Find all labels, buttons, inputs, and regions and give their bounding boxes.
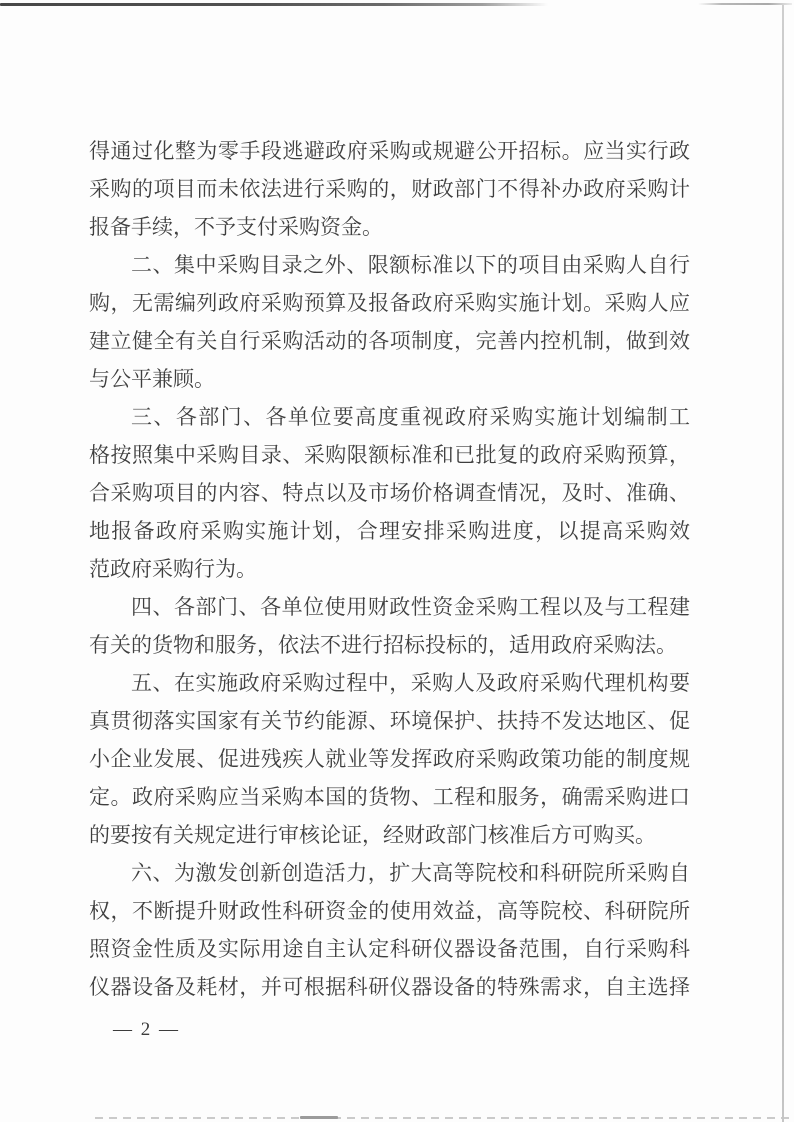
text-line: 与公平兼顾。 [89,360,690,398]
text-line: 四、各部门、各单位使用财政性资金采购工程以及与工程建设 [89,588,690,626]
document-page: 得通过化整为零手段逃避政府采购或规避公开招标。应当实行政府采购的项目而未依法进行… [0,0,794,1122]
text-line: 定。政府采购应当采购本国的货物、工程和服务，确需采购进口产品 [89,778,690,816]
text-line: 五、在实施政府采购过程中，采购人及政府采购代理机构要认 [89,664,690,702]
text-line: 报备手续，不予支付采购资金。 [89,208,690,246]
text-line: 购，无需编列政府采购预算及报备政府采购实施计划。采购人应当 [89,284,690,322]
scan-artifact-bottom-dash-dark [300,1116,338,1119]
scan-artifact-top-line-right [698,3,792,5]
text-line: 得通过化整为零手段逃避政府采购或规避公开招标。应当实行政府 [89,132,690,170]
text-line: 照资金性质及实际用途自主认定科研仪器设备范围，自行采购科研 [89,930,690,968]
text-line: 采购的项目而未依法进行采购的，财政部门不得补办政府采购计划 [89,170,690,208]
text-line: 小企业发展、促进残疾人就业等发挥政府采购政策功能的制度规 [89,740,690,778]
text-line: 建立健全有关自行采购活动的各项制度，完善内控机制，做到效率 [89,322,690,360]
page-number: — 2 — [113,1019,180,1041]
text-line: 有关的货物和服务，依法不进行招标投标的，适用政府采购法。 [89,626,690,664]
text-line: 三、各部门、各单位要高度重视政府采购实施计划编制工作，严 [89,398,690,436]
text-line: 六、为激发创新创造活力，扩大高等院校和科研院所采购自主 [89,854,690,892]
scan-artifact-right-edge-line [782,5,784,1122]
text-line: 范政府采购行为。 [89,550,690,588]
scan-artifact-top-line-left [0,3,548,6]
text-line: 的要按有关规定进行审核论证，经财政部门核准后方可购买。 [89,816,690,854]
scan-artifact-bottom-dashed-line [95,1117,794,1119]
text-line: 仪器设备及耗材，并可根据科研仪器设备的特殊需求，自主选择评 [89,968,690,1006]
text-line: 地报备政府采购实施计划，合理安排采购进度，以提高采购效率，规 [89,512,690,550]
text-line: 二、集中采购目录之外、限额标准以下的项目由采购人自行采 [89,246,690,284]
text-line: 真贯彻落实国家有关节约能源、环境保护、扶持不发达地区、促进中 [89,702,690,740]
text-line: 格按照集中采购目录、采购限额标准和已批复的政府采购预算，结 [89,436,690,474]
text-line: 权，不断提升财政性科研资金的使用效益，高等院校、科研院所可按 [89,892,690,930]
text-line: 合采购项目的内容、特点以及市场价格调查情况，及时、准确、完整 [89,474,690,512]
document-body: 得通过化整为零手段逃避政府采购或规避公开招标。应当实行政府采购的项目而未依法进行… [89,132,690,1006]
